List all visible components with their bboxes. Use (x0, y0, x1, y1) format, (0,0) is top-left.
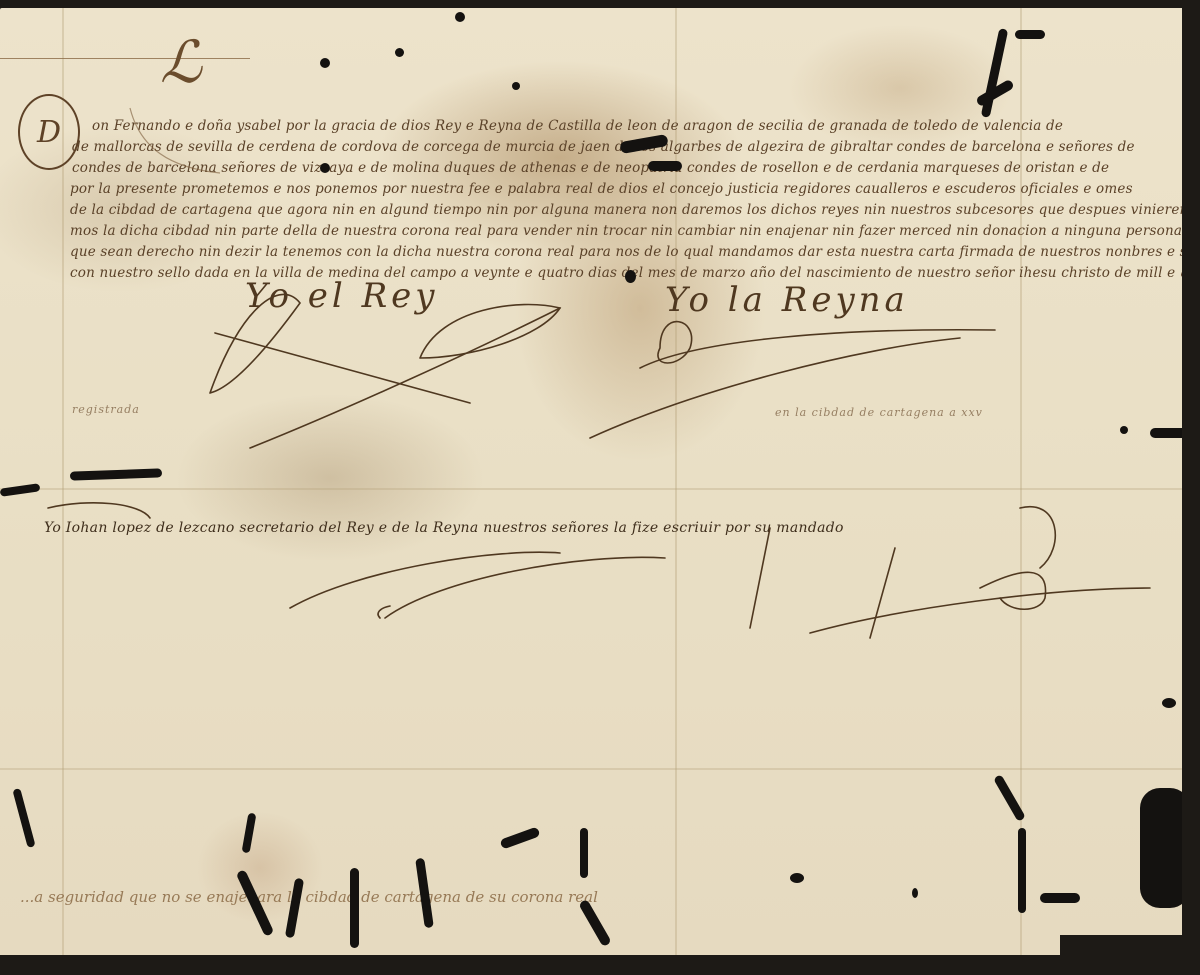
ink-blot (512, 82, 520, 90)
scan-background (1182, 0, 1200, 975)
scan-background (0, 0, 1200, 8)
ink-blot (912, 888, 918, 898)
ink-blot (1040, 893, 1080, 903)
ink-blot (455, 12, 465, 22)
ink-blot (580, 828, 588, 878)
ink-blot (1018, 828, 1026, 913)
manuscript-page: ℒ D on Fernando e doña ysabel por la gra… (0, 8, 1192, 968)
ink-blot (1015, 30, 1045, 39)
ink-blot (320, 58, 330, 68)
ink-blot (790, 873, 804, 883)
ink-blot (1120, 426, 1128, 434)
ink-blot (648, 161, 682, 171)
ink-blot (1162, 698, 1176, 708)
ink-blot (320, 163, 330, 173)
ink-blot (395, 48, 404, 57)
signature-flourishes (0, 8, 1192, 968)
scan-background (0, 955, 1200, 975)
ink-blot (350, 868, 359, 948)
scan-background (1060, 935, 1200, 975)
ink-blot (625, 270, 636, 283)
